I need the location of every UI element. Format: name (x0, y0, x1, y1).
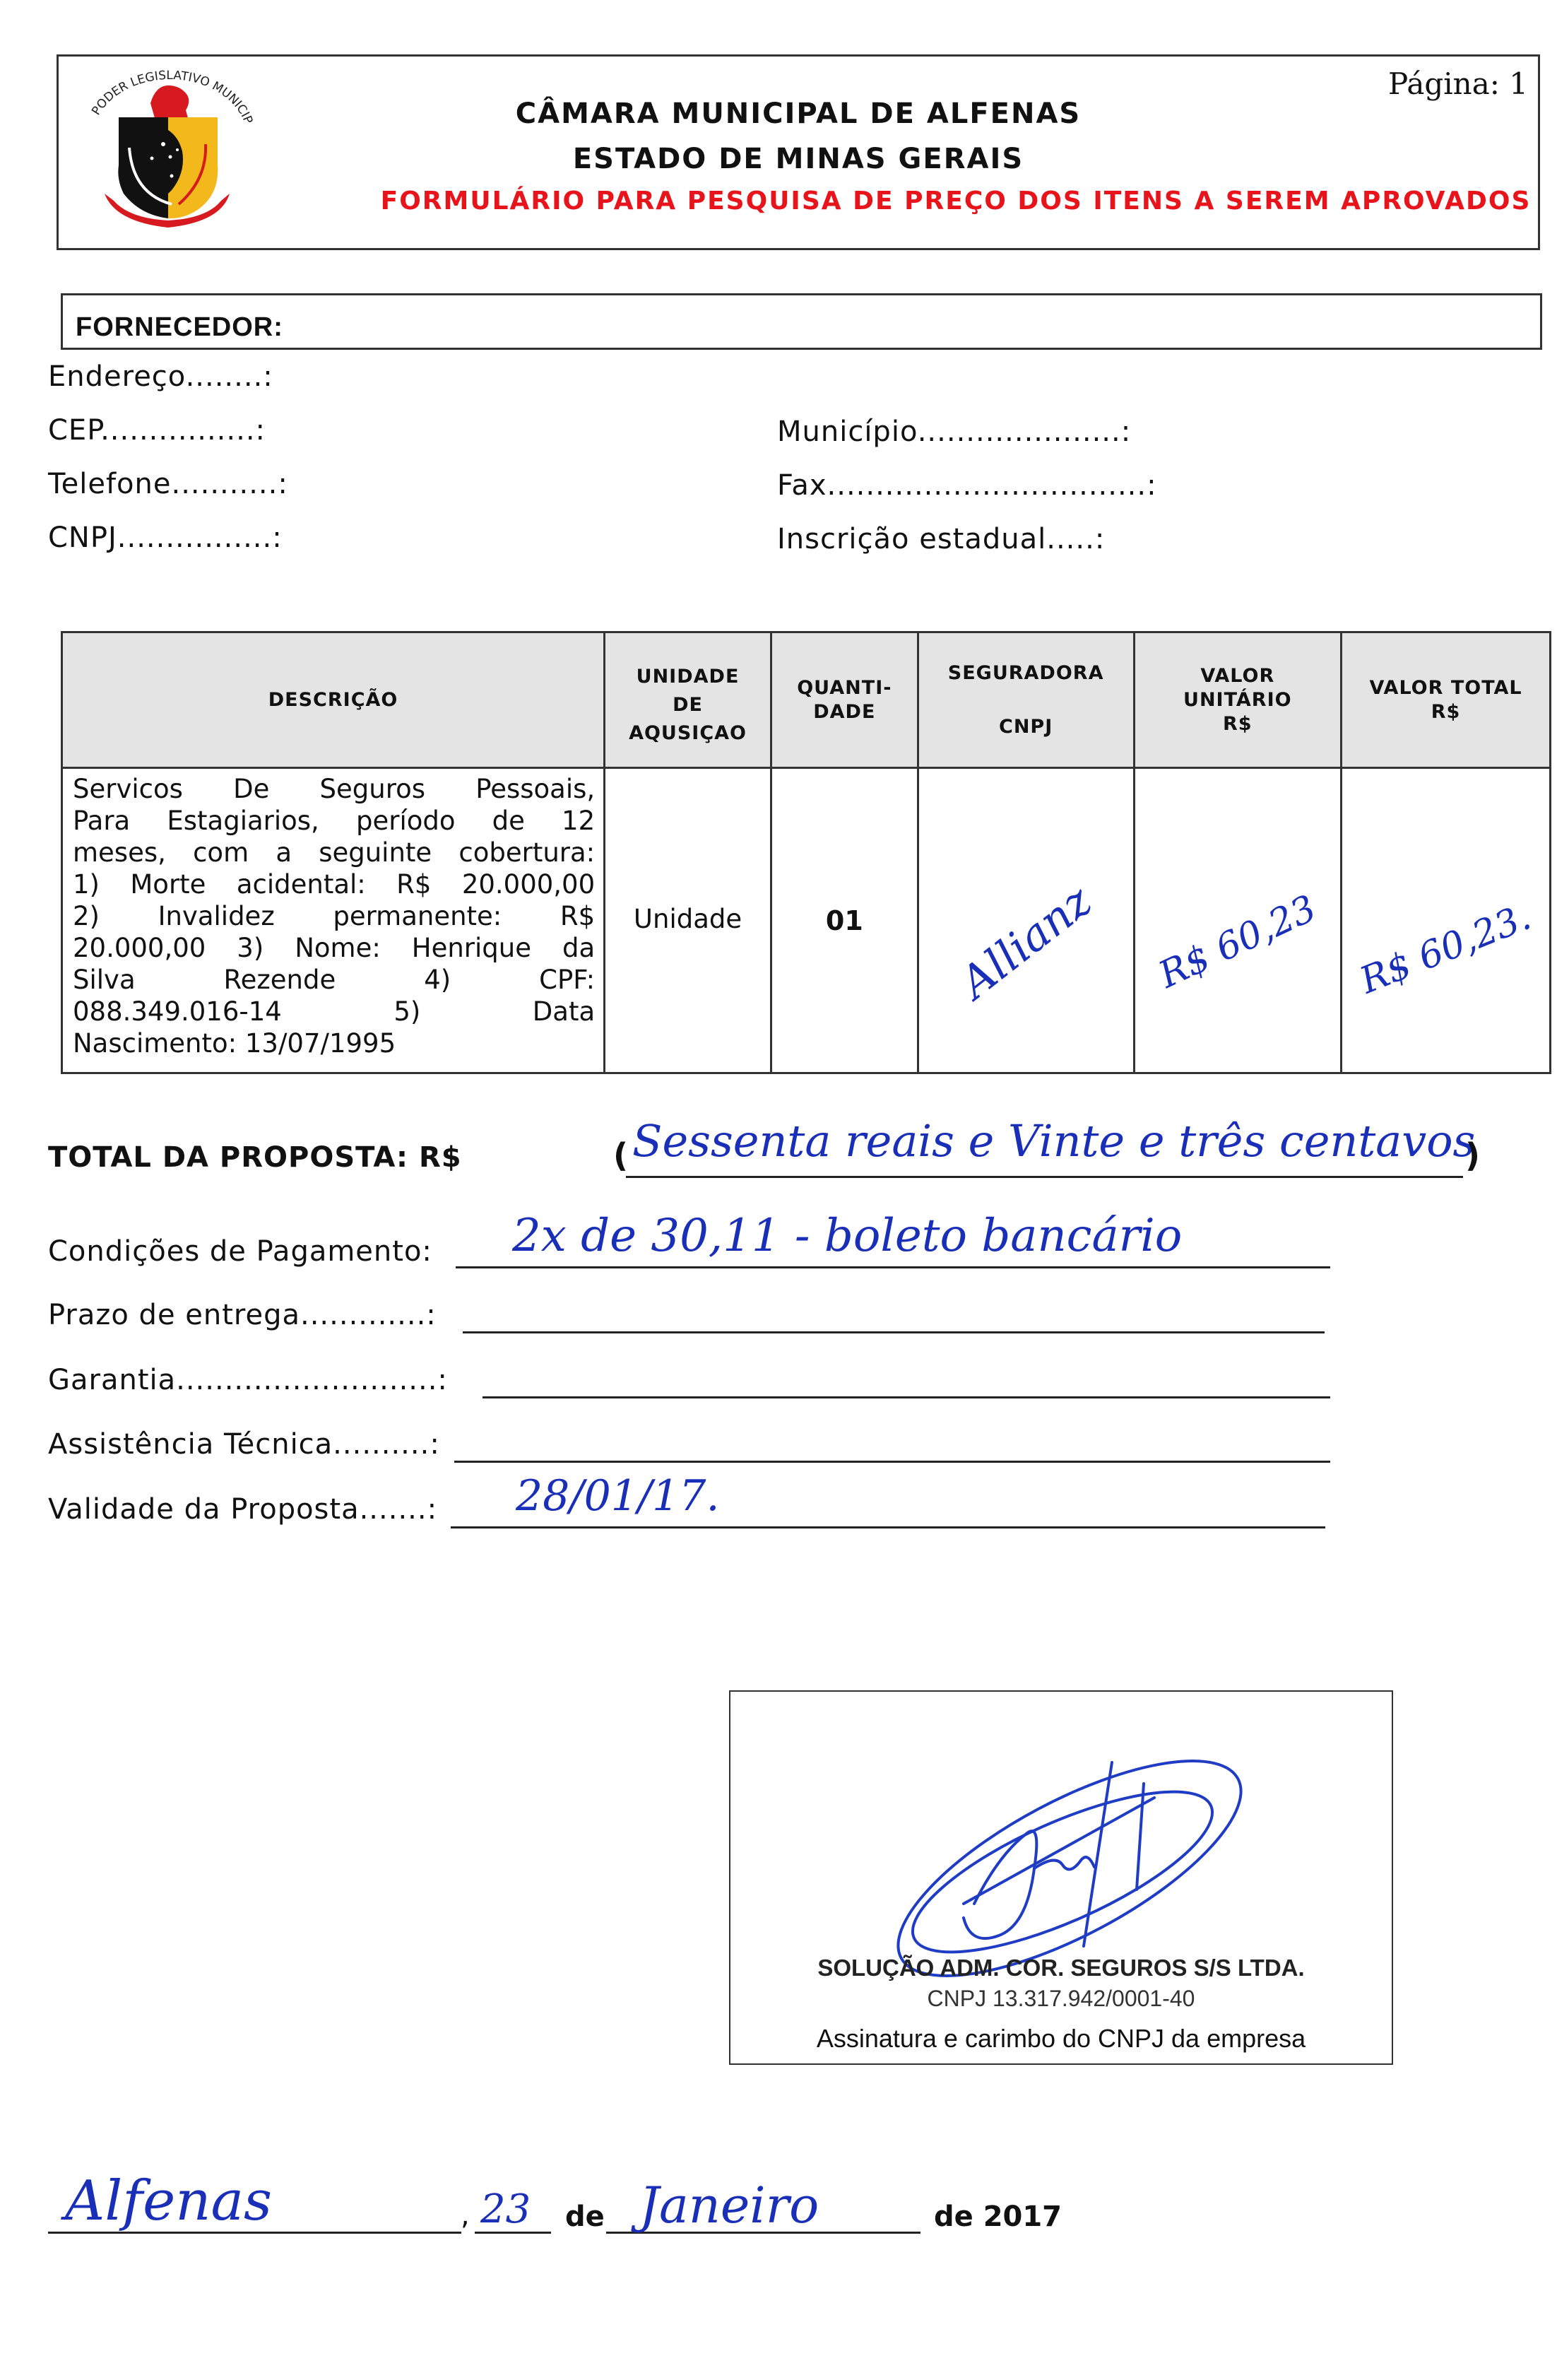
total-open-paren: ( (613, 1136, 628, 1174)
cell-quantidade: 01 (771, 768, 918, 1073)
support-label: Assistência Técnica..........: (48, 1428, 440, 1461)
cnpj-label: CNPJ................: (48, 522, 283, 554)
day-value: 23 (480, 2186, 531, 2232)
table-header-row: DESCRIÇÃO UNIDADE DE AQUSIÇAO QUANTI-DAD… (62, 632, 1551, 768)
handwritten-total-price: R$ 60,23. (1354, 895, 1537, 1002)
form-title: FORMULÁRIO PARA PESQUISA DE PREÇO DOS IT… (369, 187, 1542, 216)
col-header-valor-total: VALOR TOTAL R$ (1342, 632, 1551, 768)
cell-valor-total: R$ 60,23. (1342, 768, 1551, 1073)
supplier-heading: FORNECEDOR: (76, 312, 283, 343)
date-comma: , (461, 2199, 470, 2232)
chamber-title: CÂMARA MUNICIPAL DE ALFENAS (59, 98, 1538, 130)
stamp-cnpj: CNPJ 13.317.942/0001-40 (730, 1986, 1392, 2012)
total-label: TOTAL DA PROPOSTA: R$ (48, 1141, 462, 1174)
col-header-valor-unitario: VALOR UNITÁRIO R$ (1134, 632, 1342, 768)
header-box: PODER LEGISLATIVO MUNICIPAL Página: 1 CÂ… (57, 54, 1540, 250)
endereco-label: Endereço........: (48, 360, 273, 393)
fax-label: Fax.................................: (777, 469, 1157, 502)
warranty-label: Garantia...........................: (48, 1364, 448, 1396)
telefone-label: Telefone...........: (48, 468, 288, 500)
support-line (454, 1461, 1330, 1463)
col-header-quantidade: QUANTI-DADE (771, 632, 918, 768)
state-subtitle: ESTADO DE MINAS GERAIS (59, 143, 1538, 175)
month-value: Janeiro (639, 2176, 819, 2234)
table-row: Servicos De Seguros Pessoais, Para Estag… (62, 768, 1551, 1073)
validity-label: Validade da Proposta.......: (48, 1493, 437, 1526)
signature-caption: Assinatura e carimbo do CNPJ da empresa (730, 2024, 1392, 2054)
supplier-heading-box: FORNECEDOR: (61, 293, 1542, 350)
cell-seguradora: Allianz (918, 768, 1134, 1073)
total-close-paren: ) (1465, 1136, 1480, 1174)
cell-unidade: Unidade (605, 768, 771, 1073)
cell-valor-unitario: R$ 60,23 (1134, 768, 1342, 1073)
municipio-label: Município.....................: (777, 416, 1131, 448)
cep-label: CEP................: (48, 414, 266, 447)
signature-box: SOLUÇÃO ADM. COR. SEGUROS S/S LTDA. CNPJ… (729, 1690, 1393, 2065)
items-table: DESCRIÇÃO UNIDADE DE AQUSIÇAO QUANTI-DAD… (61, 631, 1551, 1074)
col-header-unidade: UNIDADE DE AQUSIÇAO (605, 632, 771, 768)
payment-label: Condições de Pagamento: (48, 1235, 432, 1268)
payment-value: 2x de 30,11 - boleto bancário (512, 1210, 1182, 1262)
payment-line (456, 1266, 1330, 1268)
total-underline (626, 1176, 1463, 1178)
warranty-line (483, 1396, 1330, 1398)
handwritten-unit-price: R$ 60,23 (1152, 887, 1322, 996)
validity-value: 28/01/17. (516, 1471, 720, 1521)
delivery-label: Prazo de entrega.............: (48, 1299, 437, 1331)
delivery-line (463, 1331, 1325, 1333)
handwritten-insurer: Allianz (950, 875, 1101, 1008)
total-written-value: Sessenta reais e Vinte e três centavos (632, 1115, 1475, 1167)
page-number: Página: 1 (1388, 66, 1528, 101)
inscricao-label: Inscrição estadual.....: (777, 523, 1105, 555)
validity-line (451, 1526, 1325, 1528)
city-value: Alfenas (65, 2169, 272, 2233)
col-header-descricao: DESCRIÇÃO (62, 632, 605, 768)
date-de-1: de (565, 2201, 605, 2233)
signature-scribble-icon (730, 1692, 1395, 1989)
stamp-company: SOLUÇÃO ADM. COR. SEGUROS S/S LTDA. (730, 1955, 1392, 1981)
date-year: de 2017 (934, 2201, 1062, 2233)
cell-descricao: Servicos De Seguros Pessoais, Para Estag… (62, 768, 605, 1073)
col-header-seguradora: SEGURADORA CNPJ (918, 632, 1134, 768)
